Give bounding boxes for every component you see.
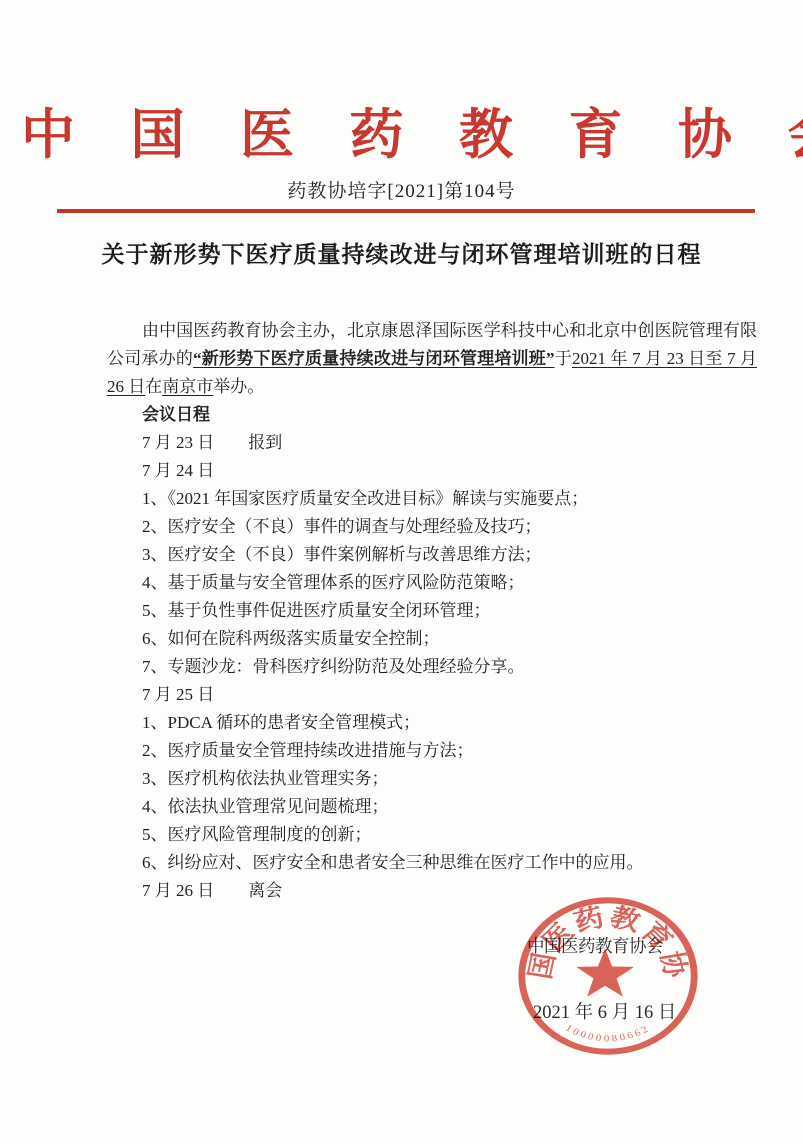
signature-date: 2021 年 6 月 16 日 [533, 998, 676, 1024]
schedule-line: 4、依法执业管理常见问题梳理； [107, 793, 757, 821]
schedule-line: 3、医疗机构依法执业管理实务； [107, 765, 757, 793]
doc-number: 药教协培字[2021]第104号 [0, 176, 803, 203]
schedule-line: 1、PDCA 循环的患者安全管理模式； [107, 709, 757, 737]
schedule-heading: 会议日程 [107, 401, 757, 429]
schedule-line: 5、基于负性事件促进医疗质量安全闭环管理； [107, 597, 757, 625]
schedule-line: 6、如何在院科两级落实质量安全控制； [107, 625, 757, 653]
intro-end: 举办。 [213, 377, 264, 396]
seal-ring [522, 900, 694, 1051]
schedule-line: 6、纠纷应对、医疗安全和患者安全三种思维在医疗工作中的应用。 [107, 849, 757, 877]
intro-in: 在 [145, 377, 162, 396]
schedule-line: 2、医疗安全（不良）事件的调查与处理经验及技巧； [107, 513, 757, 541]
schedule-line: 3、医疗安全（不良）事件案例解析与改善思维方法； [107, 541, 757, 569]
schedule-line: 7、专题沙龙：骨科医疗纠纷防范及处理经验分享。 [107, 653, 757, 681]
intro-paragraph: 由中国医药教育协会主办，北京康恩泽国际医学科技中心和北京中创医院管理有限公司承办… [107, 317, 757, 401]
schedule-line: 7 月 24 日 [107, 457, 757, 485]
intro-class-name: “新形势下医疗质量持续改进与闭环管理培训班” [193, 349, 554, 368]
signature-org: 中国医药教育协会 [527, 933, 663, 958]
intro-at: 于 [555, 349, 572, 368]
schedule-line: 5、医疗风险管理制度的创新； [107, 821, 757, 849]
schedule-line: 1、《2021 年国家医疗质量安全改进目标》解读与实施要点； [107, 485, 757, 513]
intro-city: 南京市 [162, 377, 213, 396]
official-seal: 中国医药教育协会 10000080662 [510, 890, 706, 1062]
red-divider [57, 209, 755, 213]
schedule-line: 4、基于质量与安全管理体系的医疗风险防范策略； [107, 569, 757, 597]
document-page: 中 国 医 药 教 育 协 会 药教协培字[2021]第104号 关于新形势下医… [0, 0, 803, 1145]
schedule-line: 7 月 25 日 [107, 681, 757, 709]
seal-serial-number: 10000080662 [563, 1023, 653, 1044]
document-body: 由中国医药教育协会主办，北京康恩泽国际医学科技中心和北京中创医院管理有限公司承办… [107, 317, 757, 905]
org-title: 中 国 医 药 教 育 协 会 [0, 104, 803, 166]
document-title: 关于新形势下医疗质量持续改进与闭环管理培训班的日程 [0, 236, 803, 269]
schedule-line: 7 月 23 日 报到 [107, 429, 757, 457]
svg-text:10000080662: 10000080662 [563, 1023, 653, 1044]
schedule-line: 2、医疗质量安全管理持续改进措施与方法； [107, 737, 757, 765]
schedule-line: 7 月 26 日 离会 [107, 877, 757, 905]
